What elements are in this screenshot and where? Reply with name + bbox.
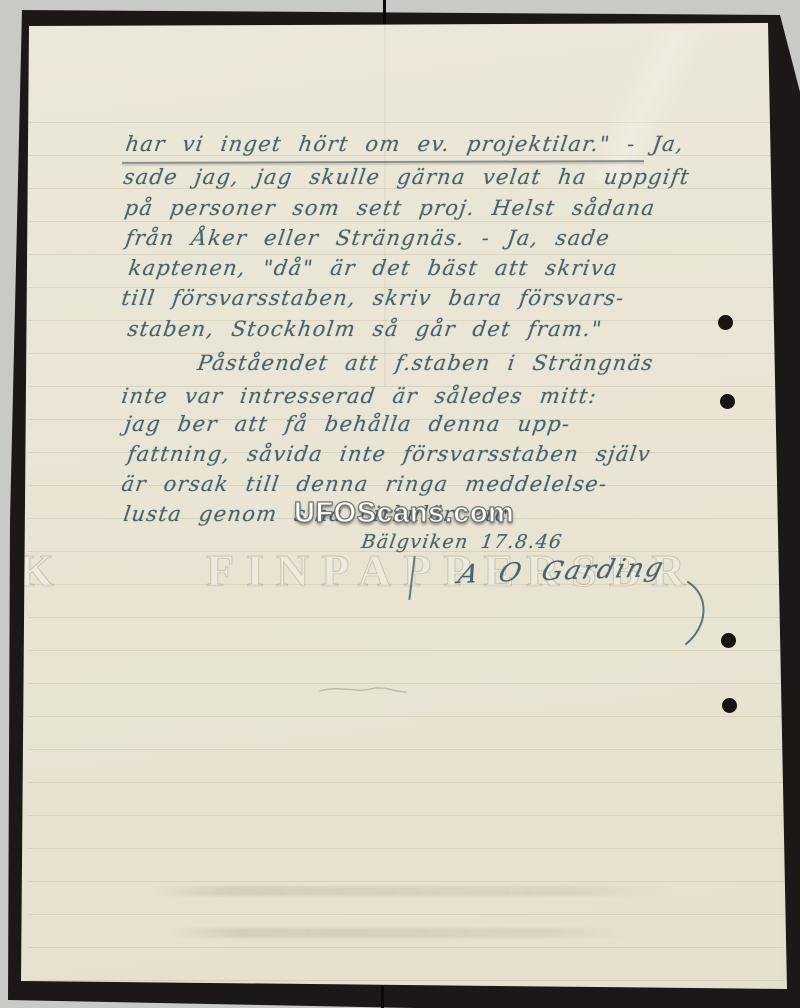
handwriting-line-5: kaptenen, "då" är det bäst att skriva (127, 256, 620, 280)
paper-mill-watermark-fragment: K (18, 544, 66, 597)
scanner-seam-bottom (381, 986, 384, 1008)
pencil-scribble (318, 681, 408, 699)
punch-hole (720, 394, 735, 409)
handwriting-line-6: till försvarsstaben, skriv bara försvars… (120, 286, 626, 310)
handwriting-line-2: sade jag, jag skulle gärna velat ha uppg… (122, 165, 692, 189)
dateline: Bälgviken 17.8.46 (360, 531, 564, 553)
handwriting-line-10: jag ber att få behålla denna upp- (123, 412, 572, 436)
handwriting-line-9: inte var intresserad är således mitt: (120, 384, 599, 408)
ink-showthrough (150, 886, 670, 896)
punch-hole (722, 698, 737, 713)
handwriting-line-3: på personer som sett proj. Helst sådana (123, 196, 657, 220)
scan-image: K FINPAPPERSBR har vi inget hört om ev. … (0, 0, 800, 1008)
handwriting-line-8: Påståendet att f.staben i Strängnäs (196, 351, 655, 375)
ufoscans-watermark: UFOScans.com (294, 497, 514, 530)
handwriting-line-4: från Åker eller Strängnäs. - Ja, sade (124, 226, 612, 250)
scanner-seam-top (383, 0, 386, 26)
handwriting-line-7: staben, Stockholm så går det fram." (126, 317, 604, 341)
ink-showthrough (170, 928, 630, 938)
handwriting-line-1: har vi inget hört om ev. projektilar." -… (124, 132, 686, 156)
handwriting-line-12: är orsak till denna ringa meddelelse- (120, 472, 609, 496)
scanned-letter-page: K FINPAPPERSBR har vi inget hört om ev. … (0, 0, 800, 1008)
punch-hole (718, 315, 733, 330)
handwriting-line-11: fattning, såvida inte försvarsstaben sjä… (126, 442, 653, 466)
punch-hole (721, 633, 736, 648)
paper-sheen (520, 30, 770, 180)
